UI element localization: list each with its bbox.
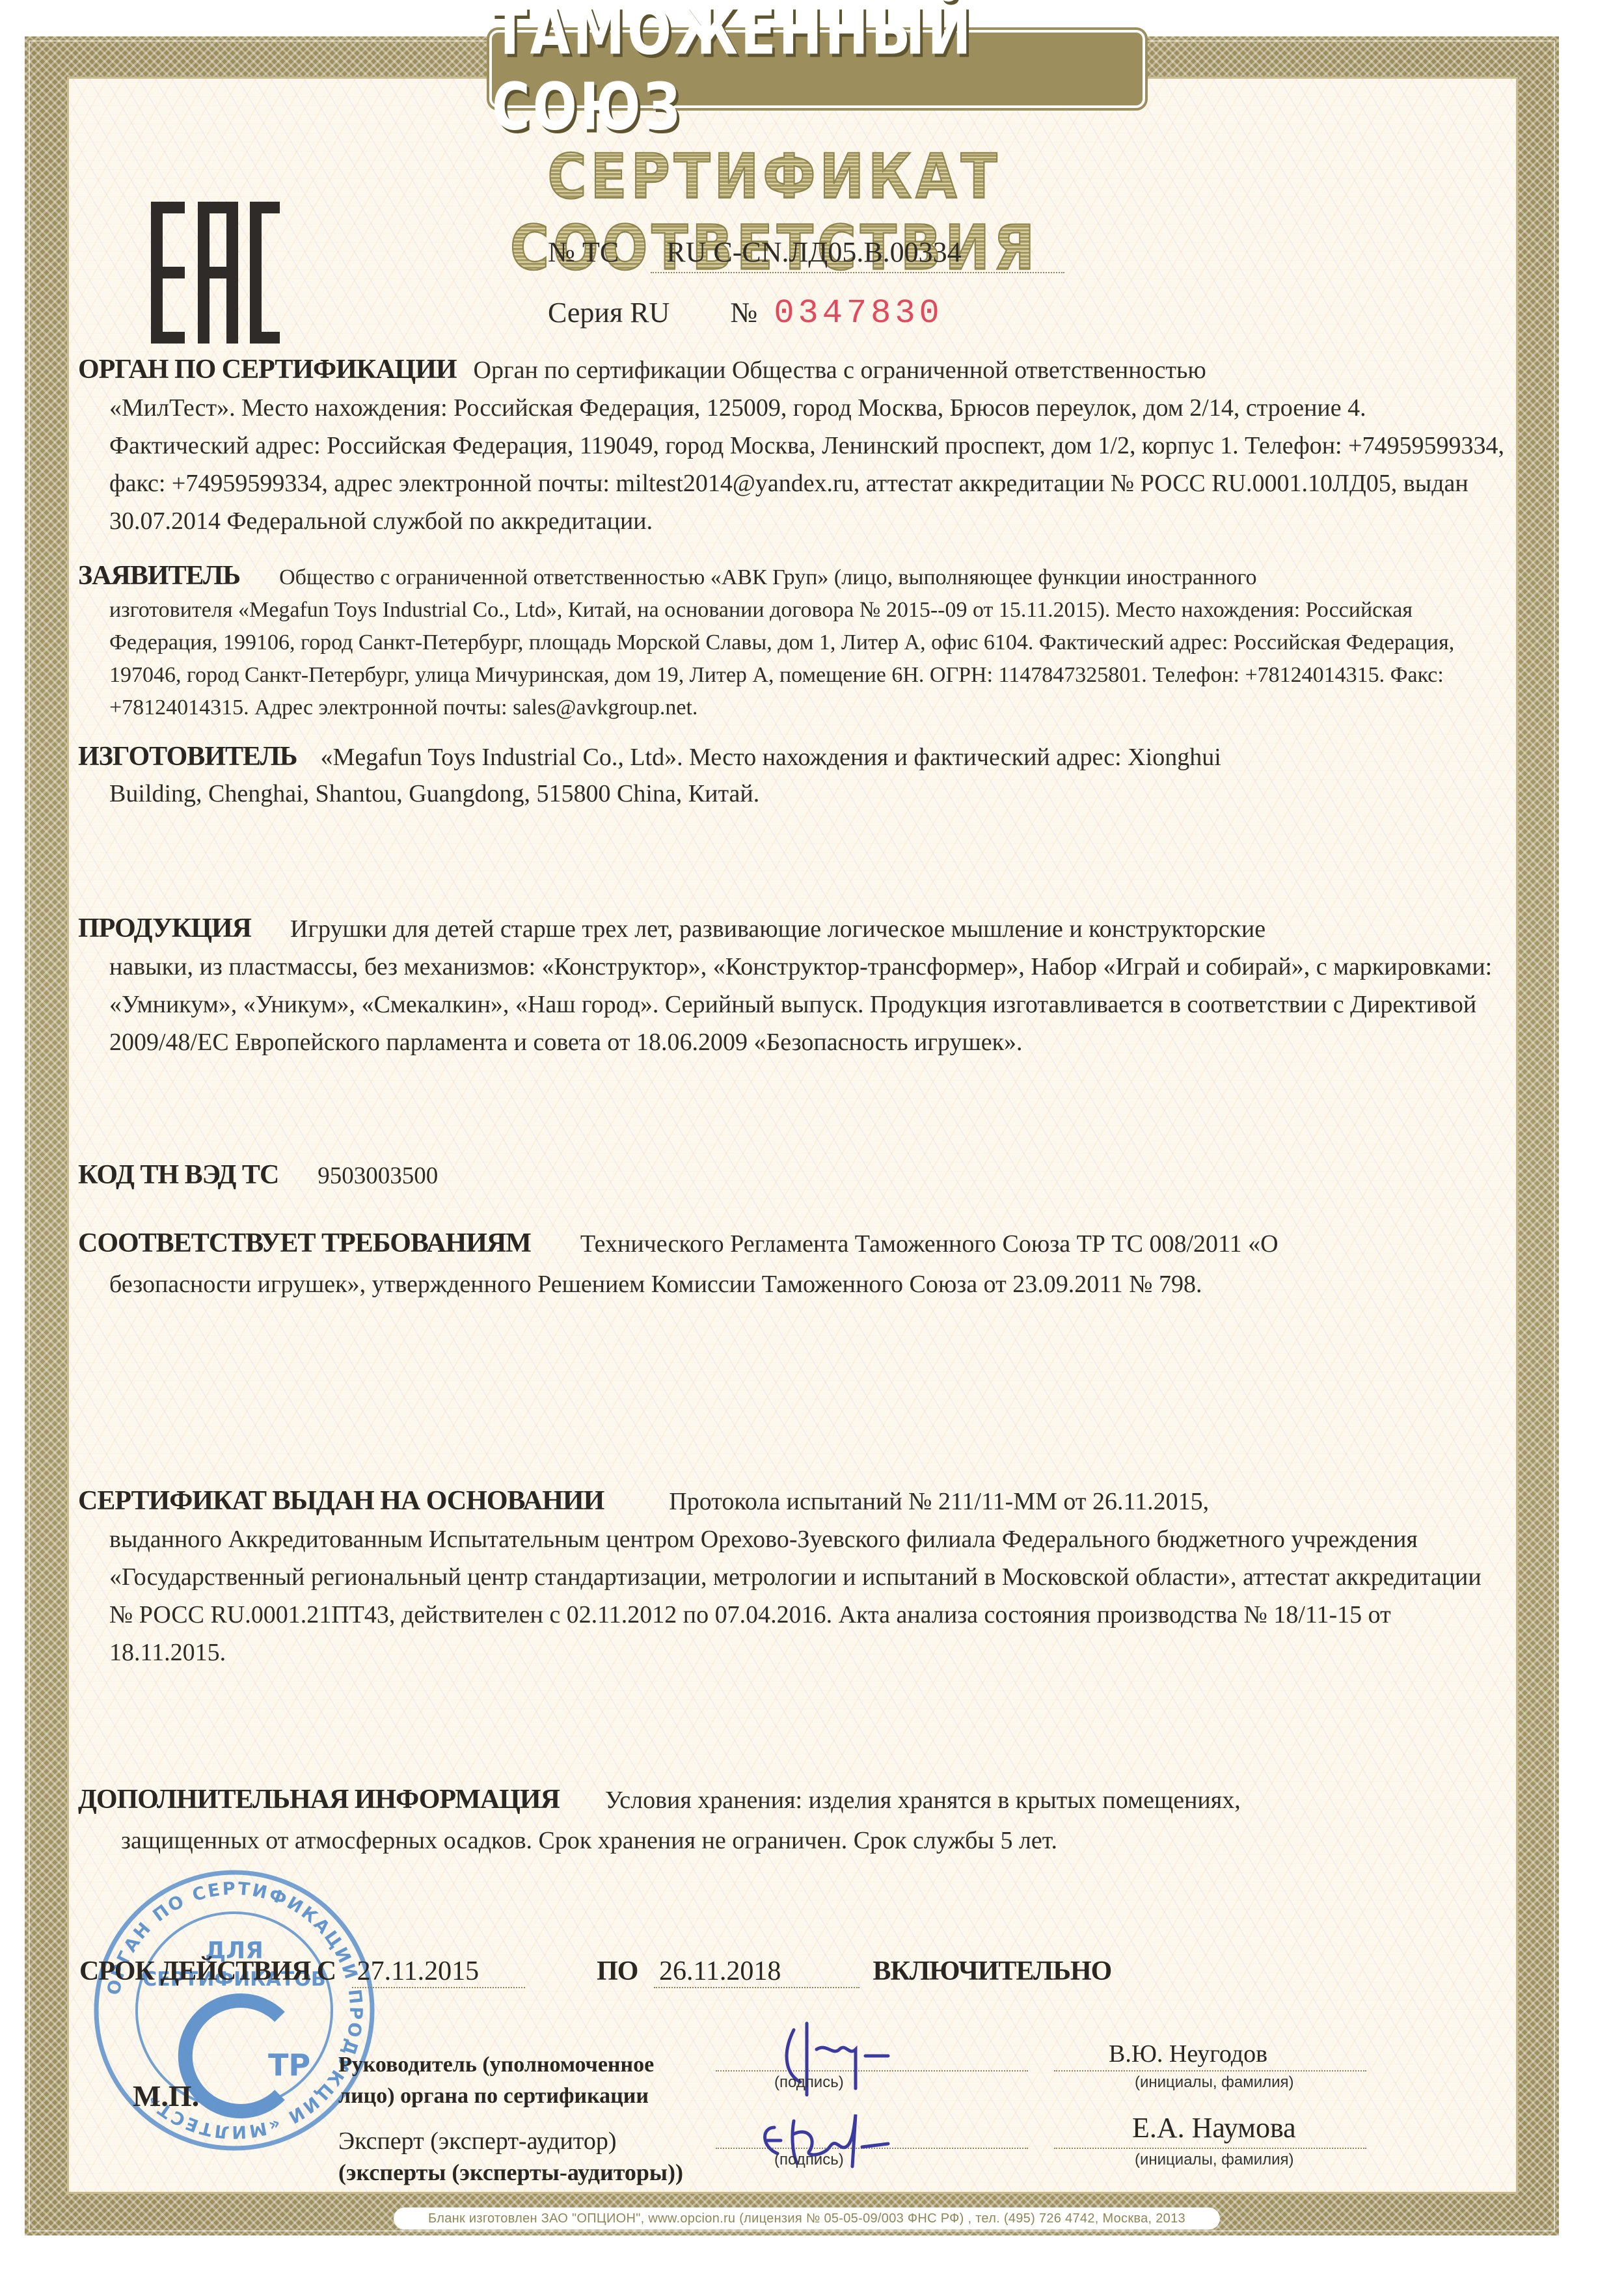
validity-from-label: СРОК ДЕЙСТВИЯ С bbox=[79, 1956, 336, 1986]
expert-name-caption: (инициалы, фамилия) bbox=[1135, 2151, 1294, 2169]
certification-body-text-first: Орган по сертификации Общества с огранич… bbox=[474, 357, 1206, 384]
tc-number-label: № ТС bbox=[548, 236, 619, 268]
applicant-label: ЗАЯВИТЕЛЬ bbox=[78, 561, 240, 591]
applicant-text-first: Общество с ограниченной ответственностью… bbox=[279, 565, 1256, 589]
validity-from-date: 27.11.2015 bbox=[352, 1956, 525, 1988]
customs-union-banner: ТАМОЖЕННЫЙ СОЮЗ bbox=[489, 30, 1145, 108]
validity-inclusive-label: ВКЛЮЧИТЕЛЬНО bbox=[873, 1956, 1111, 1986]
section-manufacturer: ИЗГОТОВИТЕЛЬ«Megafun Toys Industrial Co.… bbox=[78, 738, 1506, 812]
section-additional-info: ДОПОЛНИТЕЛЬНАЯ ИНФОРМАЦИЯУсловия хранени… bbox=[78, 1779, 1506, 1861]
manufacturer-label: ИЗГОТОВИТЕЛЬ bbox=[78, 742, 297, 772]
requirements-text-first: Технического Регламента Таможенного Союз… bbox=[580, 1230, 1279, 1258]
basis-text: выданного Аккредитованным Испытательным … bbox=[78, 1520, 1506, 1671]
additional-info-text-first: Условия хранения: изделия хранятся в кры… bbox=[605, 1787, 1241, 1814]
serial-number: 0347830 bbox=[774, 294, 943, 332]
expert-name: Е.А. Наумова bbox=[1132, 2111, 1296, 2144]
expert-signature-caption: (подпись) bbox=[774, 2151, 844, 2169]
head-signature-icon bbox=[768, 2004, 898, 2108]
section-product: ПРОДУКЦИЯИгрушки для детей старше трех л… bbox=[78, 910, 1506, 1061]
svg-text:ТР: ТР bbox=[268, 2047, 310, 2083]
hs-code-value: 9503003500 bbox=[318, 1163, 438, 1189]
applicant-text: изготовителя «Megafun Toys Industrial Co… bbox=[78, 594, 1506, 724]
section-basis: СЕРТИФИКАТ ВЫДАН НА ОСНОВАНИИПротокола и… bbox=[78, 1482, 1506, 1671]
section-certification-body: ОРГАН ПО СЕРТИФИКАЦИИОрган по сертификац… bbox=[78, 351, 1506, 540]
manufacturer-text: Building, Chenghai, Shantou, Guangdong, … bbox=[78, 776, 1506, 812]
basis-text-first: Протокола испытаний № 211/11-ММ от 26.11… bbox=[669, 1488, 1209, 1515]
certification-body-label: ОРГАН ПО СЕРТИФИКАЦИИ bbox=[78, 355, 457, 385]
additional-info-text: защищенных от атмосферных осадков. Срок … bbox=[78, 1820, 1506, 1861]
product-text: навыки, из пластмассы, без механизмов: «… bbox=[78, 948, 1506, 1061]
head-name-caption: (инициалы, фамилия) bbox=[1135, 2073, 1294, 2092]
validity-to-label: ПО bbox=[597, 1956, 638, 1986]
basis-label: СЕРТИФИКАТ ВЫДАН НА ОСНОВАНИИ bbox=[78, 1486, 604, 1516]
section-applicant: ЗАЯВИТЕЛЬОбщество с ограниченной ответст… bbox=[78, 560, 1506, 724]
requirements-text: безопасности игрушек», утвержденного Реш… bbox=[78, 1264, 1506, 1304]
eac-mark-icon bbox=[151, 202, 280, 344]
certification-body-text: «МилТест». Место нахождения: Российская … bbox=[78, 389, 1506, 540]
hs-code-label: КОД ТН ВЭД ТС bbox=[78, 1160, 278, 1190]
head-name-line bbox=[1054, 2070, 1366, 2072]
series-row: Серия RU № 0347830 bbox=[548, 294, 943, 332]
head-signature-caption: (подпись) bbox=[774, 2073, 844, 2092]
additional-info-label: ДОПОЛНИТЕЛЬНАЯ ИНФОРМАЦИЯ bbox=[78, 1785, 560, 1815]
head-label: Руководитель (уполномоченное лицо) орган… bbox=[338, 2049, 654, 2112]
expert-name-line bbox=[1054, 2148, 1366, 2149]
tc-number-underline bbox=[651, 272, 1064, 273]
product-text-first: Игрушки для детей старше трех лет, разви… bbox=[290, 915, 1265, 943]
product-label: ПРОДУКЦИЯ bbox=[78, 913, 251, 943]
tc-number-value: RU C-CN.ЛД05.В.00334 bbox=[666, 236, 961, 268]
section-requirements: СООТВЕТСТВУЕТ ТРЕБОВАНИЯМТехнического Ре… bbox=[78, 1223, 1506, 1304]
blank-printer-imprint: Бланк изготовлен ЗАО "ОПЦИОН", www.opcio… bbox=[394, 2207, 1220, 2230]
tc-number-row: № ТС RU C-CN.ЛД05.В.00334 bbox=[548, 236, 962, 269]
seal-place-label: М.П. bbox=[133, 2079, 199, 2113]
head-name: В.Ю. Неугодов bbox=[1109, 2040, 1267, 2068]
requirements-label: СООТВЕТСТВУЕТ ТРЕБОВАНИЯМ bbox=[78, 1228, 531, 1258]
section-hs-code: КОД ТН ВЭД ТС9503003500 bbox=[78, 1157, 1506, 1194]
serial-no-label: № bbox=[730, 297, 757, 329]
manufacturer-text-first: «Megafun Toys Industrial Co., Ltd». Мест… bbox=[321, 744, 1221, 771]
series-label: Серия RU bbox=[548, 297, 670, 329]
validity-to-date: 26.11.2018 bbox=[654, 1956, 859, 1988]
customs-union-title: ТАМОЖЕННЫЙ СОЮЗ bbox=[492, 0, 1143, 144]
validity-period: СРОК ДЕЙСТВИЯ С 27.11.2015 ПО 26.11.2018… bbox=[79, 1956, 1120, 1988]
eac-logo-icon bbox=[151, 202, 280, 344]
expert-label: Эксперт (эксперт-аудитор) (эксперты (экс… bbox=[338, 2126, 683, 2188]
